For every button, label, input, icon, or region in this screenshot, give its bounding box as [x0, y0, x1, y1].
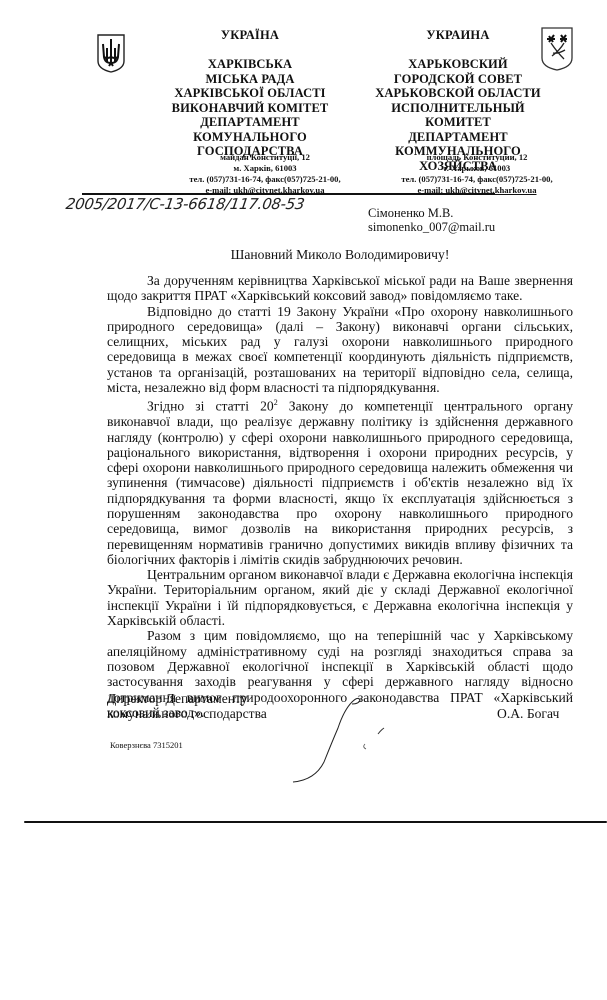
address-block-ru: площадь Конституции, 12 г. Харьков, 6100…	[366, 152, 588, 196]
org-line: ИСПОЛНИТЕЛЬНЫЙ КОМИТЕТ	[362, 101, 554, 130]
address-street: площадь Конституции, 12	[366, 152, 588, 163]
recipient-block: Сімоненко М.В. simonenko_007@mail.ru	[368, 206, 495, 234]
paragraph: За дорученням керівництва Харківської мі…	[107, 273, 573, 304]
org-line: ХАРЬКОВСКОЙ ОБЛАСТИ	[362, 86, 554, 101]
paragraph: Відповідно до статті 19 Закону України «…	[107, 304, 573, 396]
paragraph: Центральним органом виконавчої влади є Д…	[107, 567, 573, 628]
org-line: ХАРКІВСЬКА	[140, 57, 360, 72]
header-left-ukrainian: УКРАЇНА ХАРКІВСЬКА МІСЬКА РАДА ХАРКІВСЬК…	[140, 28, 360, 159]
signatory-title-line: комунального господарства	[107, 706, 267, 721]
org-line: ДЕПАРТАМЕНТ	[362, 130, 554, 145]
recipient-email: simonenko_007@mail.ru	[368, 220, 495, 234]
signatory-title: Директор Департаменту комунального госпо…	[107, 691, 267, 722]
executor-note: Коверзнєва 7315201	[110, 740, 183, 750]
letter-body: За дорученням керівництва Харківської мі…	[107, 273, 573, 720]
address-phone: тел. (057)731-16-74, факс(057)725-21-00,	[150, 174, 380, 185]
recipient-name: Сімоненко М.В.	[368, 206, 495, 220]
org-line: ДЕПАРТАМЕНТ	[140, 115, 360, 130]
signatory-title-line: Директор Департаменту	[107, 691, 267, 706]
org-line: ХАРЬКОВСКИЙ	[362, 57, 554, 72]
paragraph-text: Згідно зі статті 20	[147, 399, 274, 414]
paragraph: Згідно зі статті 202 Закону до компетенц…	[107, 395, 573, 567]
country-name-ru: УКРАИНА	[362, 28, 554, 43]
org-line: МІСЬКА РАДА	[140, 72, 360, 87]
handwritten-registration-number: 2005/2017/С-13-6618/117.08-53	[65, 195, 306, 213]
footer-divider	[24, 821, 607, 823]
salutation: Шановний Миколо Володимировичу!	[100, 247, 580, 263]
paragraph-text: Закону до компетенції центрального орган…	[107, 399, 573, 567]
country-name-ua: УКРАЇНА	[140, 28, 360, 43]
address-street: майдан Конституції, 12	[150, 152, 380, 163]
address-city: г. Харьков, 61003	[366, 163, 588, 174]
address-phone: тел. (057)731-16-74, факс(057)725-21-00,	[366, 174, 588, 185]
address-block-ua: майдан Конституції, 12 м. Харків, 61003 …	[150, 152, 380, 196]
handwritten-signature	[280, 690, 400, 790]
address-city: м. Харків, 61003	[150, 163, 380, 174]
ukraine-trident-emblem	[96, 33, 126, 73]
signatory-name: О.А. Богач	[497, 706, 559, 722]
org-line: ГОРОДСКОЙ СОВЕТ	[362, 72, 554, 87]
org-line: ХАРКІВСЬКОЇ ОБЛАСТІ	[140, 86, 360, 101]
org-line: ВИКОНАВЧИЙ КОМІТЕТ	[140, 101, 360, 116]
